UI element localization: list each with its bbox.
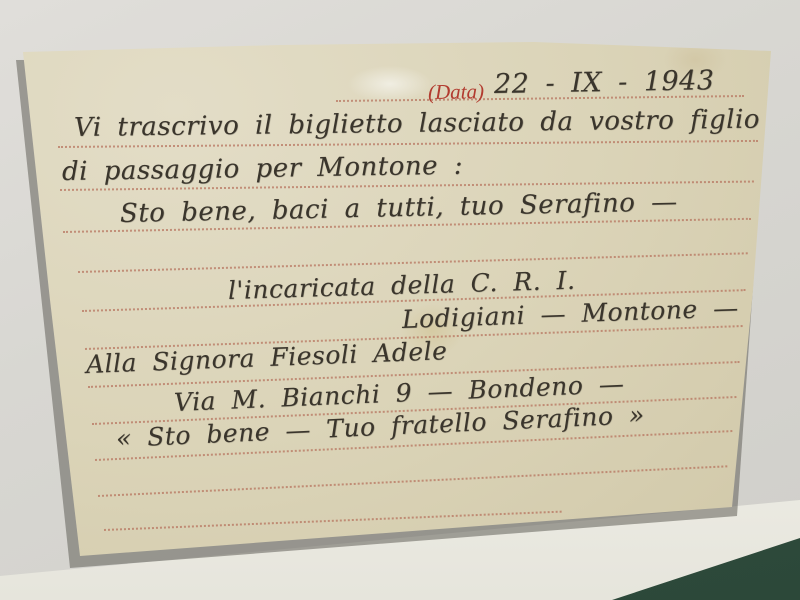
handwritten-line-addressee: Alla Signora Fiesoli Adele bbox=[85, 337, 447, 378]
handwritten-line-transcription-2: di passaggio per Montone : bbox=[62, 152, 463, 187]
postcard-photo: (Data) 22 - IX - 1943 Vi trascrivo il bi… bbox=[0, 0, 800, 600]
ruled-line bbox=[98, 465, 727, 497]
date-label: (Data) bbox=[428, 79, 484, 105]
postcard: (Data) 22 - IX - 1943 Vi trascrivo il bi… bbox=[0, 0, 800, 600]
handwritten-line-sender-role: l'incaricata della C. R. I. bbox=[228, 267, 576, 305]
date-value: 22 - IX - 1943 bbox=[494, 66, 715, 100]
handwritten-line-transcription-1: Vi trascrivo il biglietto lasciato da vo… bbox=[74, 106, 760, 143]
